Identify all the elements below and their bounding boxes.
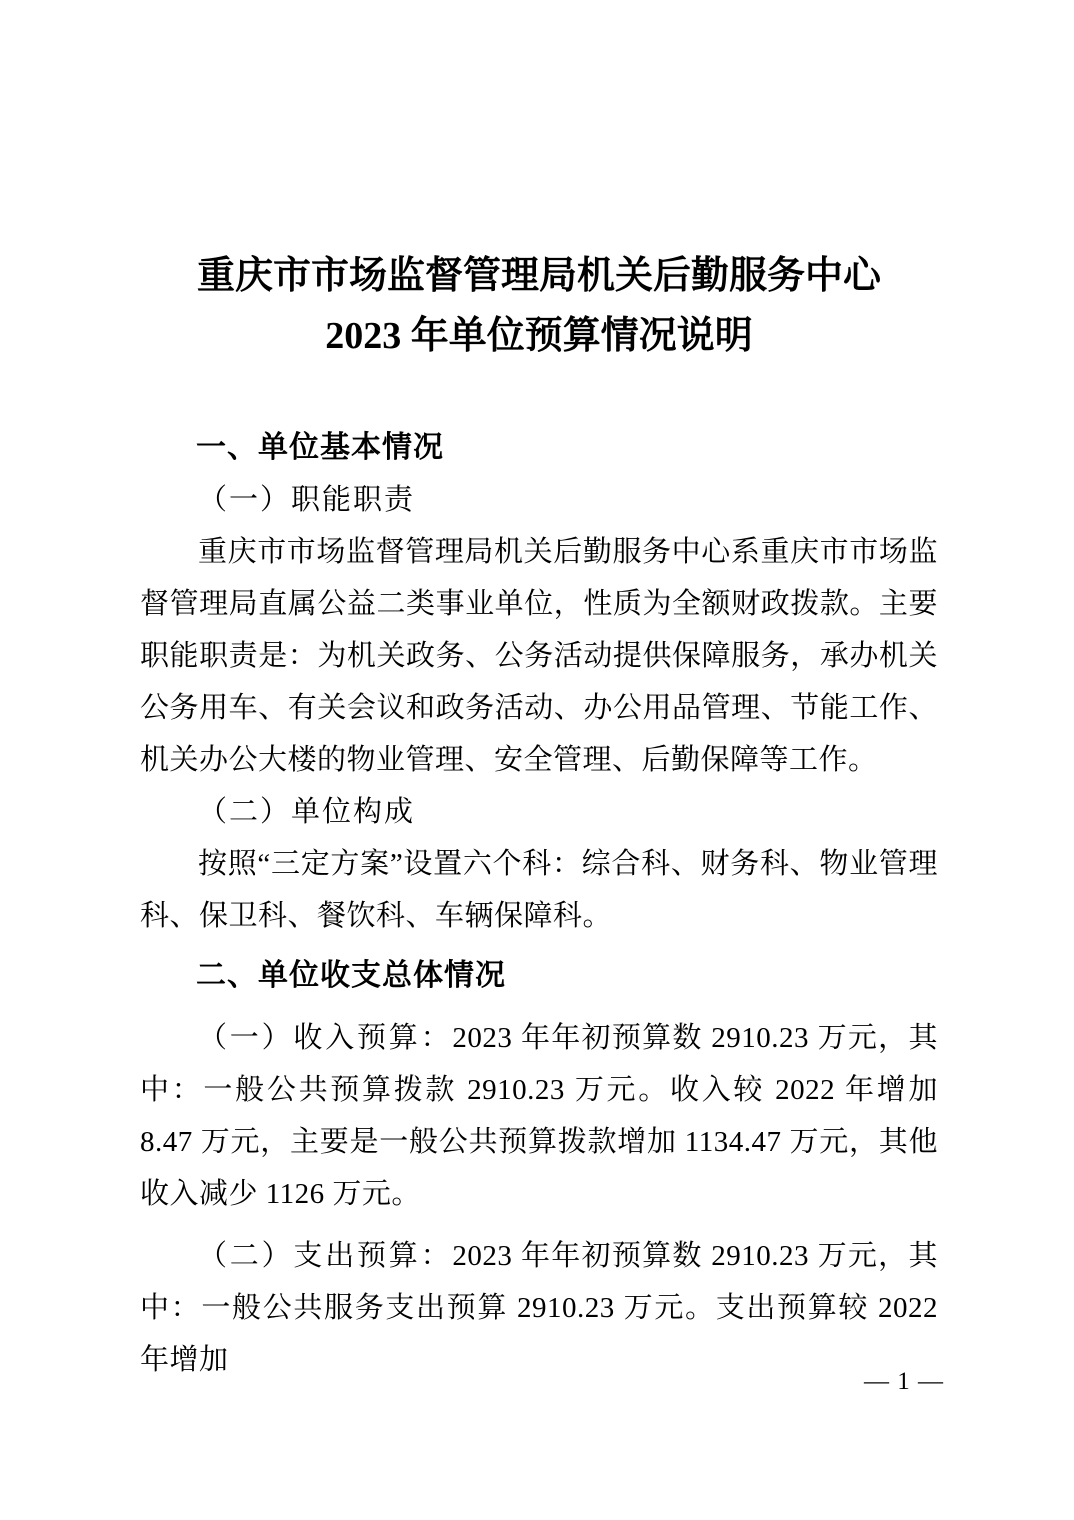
expenditure-budget-lead: （二）支出预算： [198, 1240, 452, 1272]
document-page: 重庆市市场监督管理局机关后勤服务中心 2023 年单位预算情况说明 一、单位基本… [0, 0, 1074, 1520]
subsection-heading-composition: （二）单位构成 [140, 786, 938, 838]
paragraph-expenditure-budget: （二）支出预算：2023 年年初预算数 2910.23 万元，其中：一般公共服务… [140, 1230, 938, 1386]
document-content: 重庆市市场监督管理局机关后勤服务中心 2023 年单位预算情况说明 一、单位基本… [0, 0, 1074, 1386]
paragraph-composition: 按照“三定方案”设置六个科：综合科、财务科、物业管理科、保卫科、餐饮科、车辆保障… [140, 838, 938, 942]
subsection-heading-functions: （一）职能职责 [140, 474, 938, 526]
paragraph-income-budget: （一）收入预算：2023 年年初预算数 2910.23 万元，其中：一般公共预算… [140, 1012, 938, 1220]
document-title: 重庆市市场监督管理局机关后勤服务中心 2023 年单位预算情况说明 [140, 0, 938, 366]
document-title-line-1: 重庆市市场监督管理局机关后勤服务中心 [140, 246, 938, 306]
section-heading-budget-overview: 二、单位收支总体情况 [140, 950, 938, 1002]
income-budget-lead: （一）收入预算： [198, 1022, 452, 1054]
section-heading-basic-info: 一、单位基本情况 [140, 422, 938, 474]
document-title-line-2: 2023 年单位预算情况说明 [140, 306, 938, 366]
paragraph-functions: 重庆市市场监督管理局机关后勤服务中心系重庆市市场监督管理局直属公益二类事业单位，… [140, 526, 938, 786]
page-number: — 1 — [864, 1368, 944, 1396]
